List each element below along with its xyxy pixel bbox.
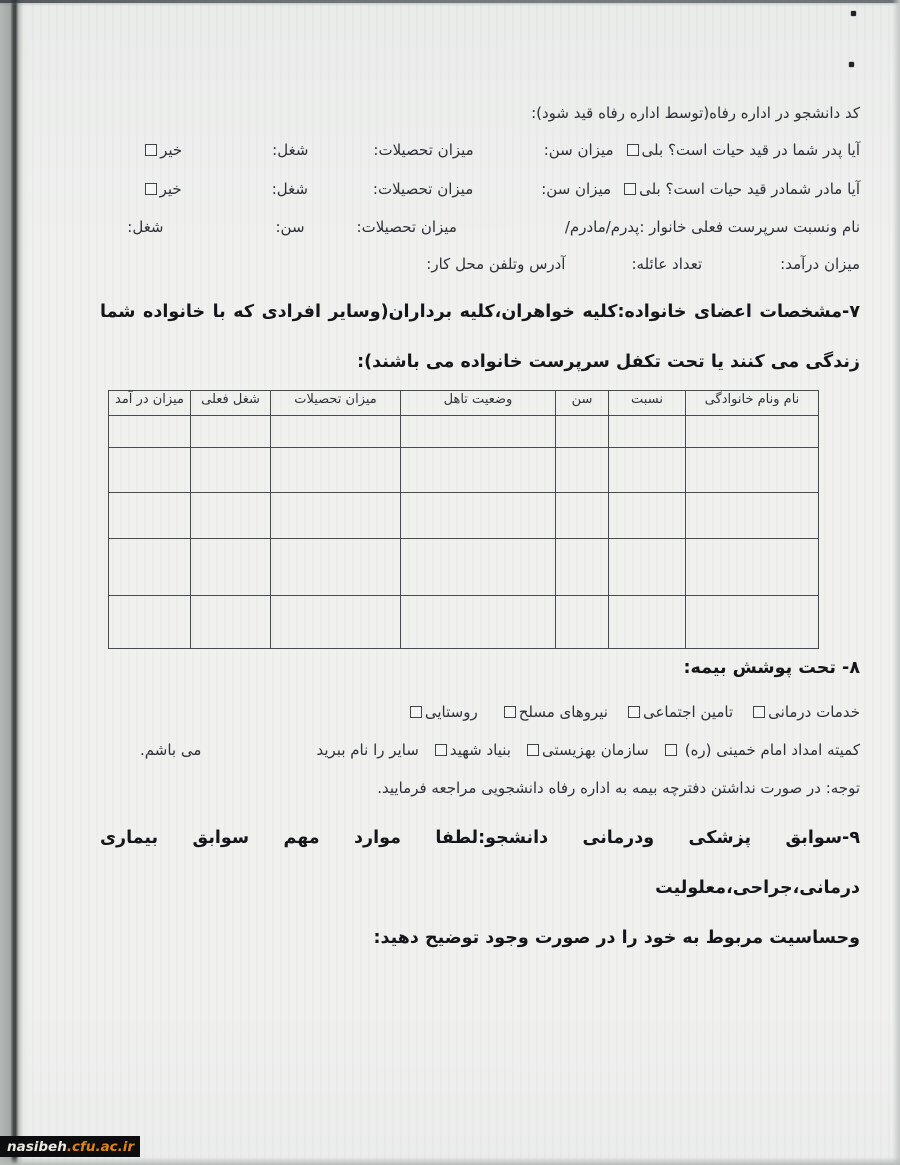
father-no-label: خیر [160, 141, 182, 159]
table-cell [271, 448, 401, 493]
income-row: میزان درآمد: تعداد عائله: آدرس وتلفن محل… [110, 255, 860, 273]
option-label: نیروهای مسلح [519, 703, 608, 721]
family-members-table: نام ونام خانوادگی نسبت سن وضعیت تاهل میز… [108, 390, 819, 649]
option-label: روستایی [425, 703, 478, 721]
table-row [109, 493, 819, 539]
insurance-option-rural: روستایی [410, 703, 478, 721]
scan-edge-right [892, 0, 900, 1165]
header-education: میزان تحصیلات [271, 391, 401, 416]
table-cell [609, 493, 686, 539]
student-code-line: کد دانشجو در اداره رفاه(توسط اداره رفاه … [531, 104, 860, 122]
table-cell [109, 596, 191, 649]
social-security-checkbox [628, 706, 640, 718]
option-label: سازمان بهزیستی [542, 741, 649, 759]
insurance-option-martyr-foundation: بنیاد شهید [435, 741, 511, 759]
table-cell [609, 596, 686, 649]
mother-no-label: خیر [160, 180, 182, 198]
table-cell [686, 539, 819, 596]
section7-heading: ۷-مشخصات اعضای خانواده:کلیه خواهران،کلیه… [100, 287, 860, 387]
income-label: میزان درآمد: [780, 255, 860, 273]
table-cell [401, 416, 556, 448]
section8-heading: ۸- تحت پوشش بیمه: [684, 658, 861, 678]
mother-yes-checkbox [624, 183, 636, 195]
section9-heading: ۹-سوابق پزشکی ودرمانی دانشجو:لطفا موارد … [100, 813, 860, 963]
table-cell [271, 493, 401, 539]
table-cell [686, 448, 819, 493]
table-cell [401, 539, 556, 596]
insurance-options-line2: کمیته امداد امام خمینی (ره) سازمان بهزیس… [140, 741, 860, 759]
table-cell [401, 493, 556, 539]
insurance-option-welfare-organization: سازمان بهزیستی [527, 741, 649, 759]
table-row [109, 448, 819, 493]
option-label: خدمات درمانی [768, 703, 860, 721]
father-no-checkbox [145, 144, 157, 156]
guardian-job-label: شغل: [127, 218, 163, 236]
table-cell [271, 596, 401, 649]
table-cell [191, 448, 271, 493]
scan-edge-top-shadow [0, 3, 900, 6]
header-relation: نسبت [609, 391, 686, 416]
scan-edge-bottom [0, 1157, 900, 1165]
father-education-label: میزان تحصیلات: [373, 141, 473, 159]
father-yes-checkbox [627, 144, 639, 156]
student-code-label: کد دانشجو در اداره رفاه(توسط اداره رفاه … [531, 104, 860, 122]
mother-education-label: میزان تحصیلات: [373, 180, 473, 198]
mother-age-label: میزان سن: [541, 180, 611, 198]
table-row [109, 539, 819, 596]
welfare-organization-checkbox [527, 744, 539, 756]
martyr-foundation-checkbox [435, 744, 447, 756]
insurance-option-social-security: تامین اجتماعی [628, 703, 733, 721]
insurance-note-line: توجه: در صورت نداشتن دفترچه بیمه به ادار… [377, 779, 860, 797]
mother-alive-question: آیا مادر شمادر قید حیات است؟ بلی میزان س… [541, 180, 860, 198]
option-label: بنیاد شهید [450, 741, 511, 759]
section7-heading-line2: زندگی می کنند یا تحت تکفل سرپرست خانواده… [100, 337, 860, 387]
mother-job-label: شغل: [272, 180, 308, 198]
table-cell [609, 416, 686, 448]
header-name: نام ونام خانوادگی [686, 391, 819, 416]
header-age: سن [556, 391, 609, 416]
table-cell [686, 416, 819, 448]
rural-checkbox [410, 706, 422, 718]
father-no-option: خیر [145, 141, 182, 159]
table-cell [109, 493, 191, 539]
table-cell [401, 448, 556, 493]
scanned-form-page: کد دانشجو در اداره رفاه(توسط اداره رفاه … [0, 0, 900, 1165]
table-cell [109, 448, 191, 493]
table-cell [191, 539, 271, 596]
table-cell [191, 596, 271, 649]
table-cell [686, 596, 819, 649]
table-cell [401, 596, 556, 649]
mother-no-checkbox [145, 183, 157, 195]
header-marital-status: وضعیت تاهل [401, 391, 556, 416]
father-row: آیا پدر شما در قید حیات است؟ بلی میزان س… [110, 141, 860, 159]
imam-khomeini-committee-checkbox [665, 744, 677, 756]
table-cell [609, 539, 686, 596]
header-current-job: شغل فعلی [191, 391, 271, 416]
section9-heading-line1: ۹-سوابق پزشکی ودرمانی دانشجو:لطفا موارد … [100, 813, 860, 913]
guardian-education-label: میزان تحصیلات: [357, 218, 457, 236]
watermark-site-name: nasibeh [7, 1139, 67, 1155]
father-question-text: آیا پدر شما در قید حیات است؟ بلی [642, 141, 860, 159]
guardian-name-label: نام ونسبت سرپرست فعلی خانوار :پدرم/مادرم… [565, 218, 860, 236]
insurance-options-line1: خدمات درمانی تامین اجتماعی نیروهای مسلح … [110, 703, 860, 721]
other-insurance-tail: می باشم. [140, 741, 201, 759]
option-label: کمیته امداد امام خمینی (ره) [685, 741, 860, 759]
table-header-row: نام ونام خانوادگی نسبت سن وضعیت تاهل میز… [109, 391, 819, 416]
section8-heading-text: ۸- تحت پوشش بیمه: [684, 658, 861, 678]
mother-question-text: آیا مادر شمادر قید حیات است؟ بلی [639, 180, 860, 198]
watermark-site-domain: .cfu.ac.ir [67, 1139, 134, 1155]
table-cell [556, 493, 609, 539]
table-cell [109, 539, 191, 596]
mother-no-option: خیر [145, 180, 182, 198]
header-income: میزان در آمد [109, 391, 191, 416]
table-cell [686, 493, 819, 539]
armed-forces-checkbox [504, 706, 516, 718]
table-cell [271, 416, 401, 448]
father-age-label: میزان سن: [544, 141, 614, 159]
health-services-checkbox [753, 706, 765, 718]
insurance-option-imam-khomeini-committee: کمیته امداد امام خمینی (ره) [665, 741, 860, 759]
table-cell [191, 416, 271, 448]
guardian-row: نام ونسبت سرپرست فعلی خانوار :پدرم/مادرم… [110, 218, 860, 236]
insurance-option-health-services: خدمات درمانی [753, 703, 860, 721]
option-label: تامین اجتماعی [643, 703, 733, 721]
table-cell [556, 416, 609, 448]
other-insurance-label: سایر را نام ببرید [316, 741, 418, 759]
scan-artifact-dot [851, 11, 856, 16]
insurance-option-armed-forces: نیروهای مسلح [504, 703, 608, 721]
table-cell [556, 539, 609, 596]
guardian-age-label: سن: [276, 218, 305, 236]
table-cell [556, 448, 609, 493]
father-job-label: شغل: [272, 141, 308, 159]
scan-artifact-dot [849, 62, 854, 67]
table-row [109, 416, 819, 448]
table-cell [191, 493, 271, 539]
table-cell [556, 596, 609, 649]
section9-heading-line2: وحساسیت مربوط به خود را در صورت وجود توض… [100, 913, 860, 963]
mother-row: آیا مادر شمادر قید حیات است؟ بلی میزان س… [110, 180, 860, 198]
work-address-label: آدرس وتلفن محل کار: [426, 255, 565, 273]
table-cell [271, 539, 401, 596]
insurance-note-text: توجه: در صورت نداشتن دفترچه بیمه به ادار… [377, 779, 860, 797]
watermark: nasibeh.cfu.ac.ir [0, 1136, 140, 1157]
table-row [109, 596, 819, 649]
table-cell [609, 448, 686, 493]
father-alive-question: آیا پدر شما در قید حیات است؟ بلی میزان س… [544, 141, 860, 159]
table-cell [109, 416, 191, 448]
scan-edge-left [0, 0, 30, 1165]
section7-heading-line1: ۷-مشخصات اعضای خانواده:کلیه خواهران،کلیه… [100, 287, 860, 337]
family-count-label: تعداد عائله: [631, 255, 702, 273]
